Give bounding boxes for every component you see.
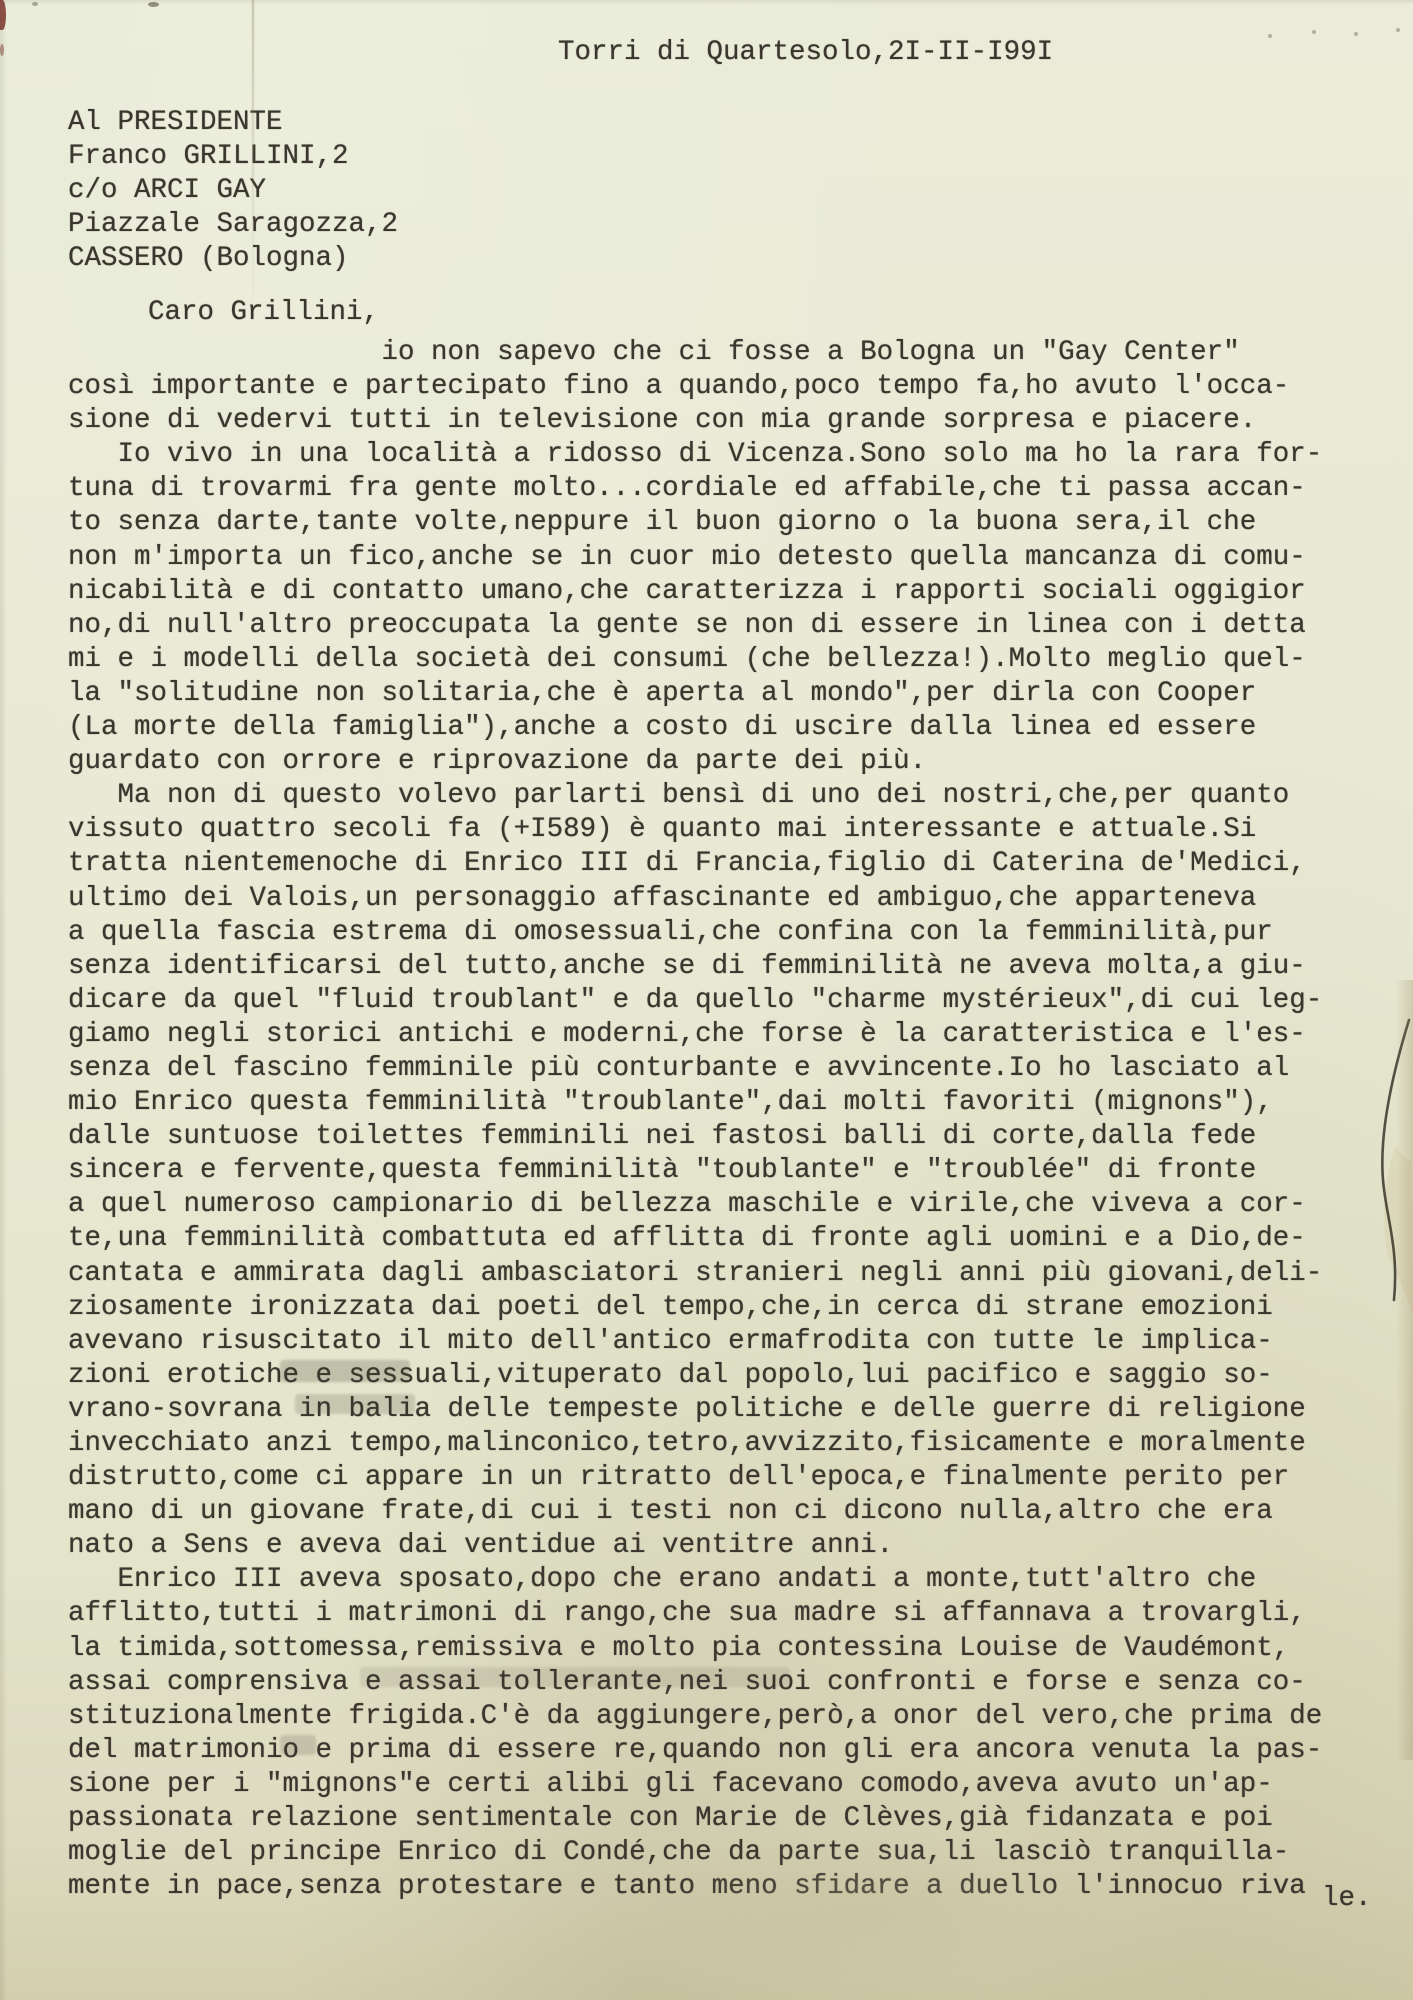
letter-body-line: (La morte della famiglia"),anche a costo… bbox=[68, 711, 1322, 745]
letter-body-line: Enrico III aveva sposato,dopo che erano … bbox=[68, 1563, 1322, 1597]
ink-dot bbox=[1312, 30, 1316, 34]
scan-speck bbox=[0, 44, 4, 56]
letter-body-line: vrano-sovrana in balia delle tempeste po… bbox=[68, 1393, 1322, 1427]
scan-speck bbox=[32, 2, 38, 6]
letter-body-line: ultimo dei Valois,un personaggio affasci… bbox=[68, 882, 1322, 916]
letter-body-line: non m'importa un fico,anche se in cuor m… bbox=[68, 541, 1322, 575]
letter-body-line: mano di un giovane frate,di cui i testi … bbox=[68, 1495, 1322, 1529]
letter-body-line: stituzionalmente frigida.C'è da aggiunge… bbox=[68, 1700, 1322, 1734]
ink-smudge bbox=[280, 1735, 316, 1755]
letter-body-line: nicabilità e di contatto umano,che carat… bbox=[68, 575, 1322, 609]
letter-body-line: guardato con orrore e riprovazione da pa… bbox=[68, 745, 1322, 779]
letter-body-line: cantata e ammirata dagli ambasciatori st… bbox=[68, 1257, 1322, 1291]
letter-body-line: nato a Sens e aveva dai ventidue ai vent… bbox=[68, 1529, 1322, 1563]
letter-body-line: vissuto quattro secoli fa (+I589) è quan… bbox=[68, 813, 1322, 847]
letter-body-line: la "solitudine non solitaria,che è apert… bbox=[68, 677, 1322, 711]
letter-body-line: sione di vedervi tutti in televisione co… bbox=[68, 404, 1322, 438]
letter-body-line: dicare da quel "fluid troublant" e da qu… bbox=[68, 984, 1322, 1018]
ink-dot bbox=[1268, 34, 1272, 38]
recipient-address-line: c/o ARCI GAY bbox=[68, 174, 398, 208]
letter-body-line: Io vivo in una località a ridosso di Vic… bbox=[68, 438, 1322, 472]
scan-speck bbox=[148, 2, 159, 7]
letter-body-line: tuna di trovarmi fra gente molto...cordi… bbox=[68, 472, 1322, 506]
letter-body-line: avevano risuscitato il mito dell'antico … bbox=[68, 1325, 1322, 1359]
letter-body-line: a quella fascia estrema di omosessuali,c… bbox=[68, 916, 1322, 950]
dateline: Torri di Quartesolo,2I-II-I99I bbox=[558, 36, 1053, 70]
letter-body-line: tratta nientemenoche di Enrico III di Fr… bbox=[68, 847, 1322, 881]
letter-body-line: a quel numeroso campionario di bellezza … bbox=[68, 1188, 1322, 1222]
recipient-address-line: CASSERO (Bologna) bbox=[68, 242, 398, 276]
letter-body-line: del matrimonio e prima di essere re,quan… bbox=[68, 1734, 1322, 1768]
letter-body-line: to senza darte,tante volte,neppure il bu… bbox=[68, 506, 1322, 540]
letter-body-line: mio Enrico questa femminilità "troublant… bbox=[68, 1086, 1322, 1120]
salutation: Caro Grillini, bbox=[148, 296, 379, 330]
letter-body-line: afflitto,tutti i matrimoni di rango,che … bbox=[68, 1597, 1322, 1631]
recipient-address-line: Al PRESIDENTE bbox=[68, 106, 398, 140]
letter-body-line: ziosamente ironizzata dai poeti del temp… bbox=[68, 1291, 1322, 1325]
ink-dot bbox=[1396, 28, 1400, 32]
recipient-address-line: Franco GRILLINI,2 bbox=[68, 140, 398, 174]
letter-body-line: la timida,sottomessa,remissiva e molto p… bbox=[68, 1632, 1322, 1666]
paper-edge-shadow bbox=[1396, 980, 1413, 1760]
recipient-address-line: Piazzale Saragozza,2 bbox=[68, 208, 398, 242]
letter-body-line: giamo negli storici antichi e moderni,ch… bbox=[68, 1018, 1322, 1052]
ink-smudge bbox=[295, 1394, 415, 1414]
letter-body-line: sione per i "mignons"e certi alibi gli f… bbox=[68, 1768, 1322, 1802]
letter-body-line: senza del fascino femminile più conturba… bbox=[68, 1052, 1322, 1086]
letter-body-line: senza identificarsi del tutto,anche se d… bbox=[68, 950, 1322, 984]
scan-speck bbox=[0, 0, 6, 30]
letter-body-line: Ma non di questo volevo parlarti bensì d… bbox=[68, 779, 1322, 813]
letter-body-line: mi e i modelli della società dei consumi… bbox=[68, 643, 1322, 677]
letter-body-line: zioni erotiche e sessuali,vituperato dal… bbox=[68, 1359, 1322, 1393]
ink-dot bbox=[1354, 32, 1358, 36]
closing-syllable: le. bbox=[1322, 1882, 1372, 1916]
letter-body-line: così importante e partecipato fino a qua… bbox=[68, 370, 1322, 404]
letter-body-line: sincera e fervente,questa femminilità "t… bbox=[68, 1154, 1322, 1188]
paper-fold-line bbox=[252, 0, 254, 320]
letter-body-line: no,di null'altro preoccupata la gente se… bbox=[68, 609, 1322, 643]
recipient-address-block: Al PRESIDENTEFranco GRILLINI,2c/o ARCI G… bbox=[68, 106, 398, 276]
letter-body-line: io non sapevo che ci fosse a Bologna un … bbox=[68, 336, 1322, 370]
ink-smudge bbox=[360, 1667, 790, 1687]
paper-watermark-ghost bbox=[620, 1830, 1140, 1980]
typewritten-letter-page: Torri di Quartesolo,2I-II-I99I Al PRESID… bbox=[0, 0, 1413, 2000]
letter-body-line: distrutto,come ci appare in un ritratto … bbox=[68, 1461, 1322, 1495]
ink-smudge bbox=[280, 1360, 410, 1382]
letter-body-line: dalle suntuose toilettes femminili nei f… bbox=[68, 1120, 1322, 1154]
letter-body-line: invecchiato anzi tempo,malinconico,tetro… bbox=[68, 1427, 1322, 1461]
letter-body-line: te,una femminilità combattuta ed afflitt… bbox=[68, 1222, 1322, 1256]
